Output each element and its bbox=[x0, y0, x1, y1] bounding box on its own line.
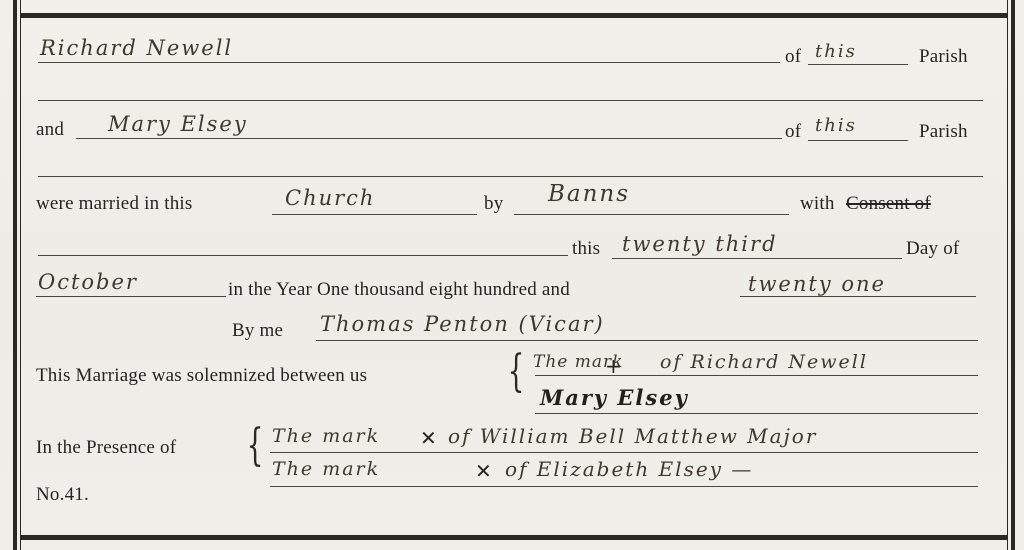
year-label: in the Year One thousand eight hundred a… bbox=[228, 279, 570, 301]
signature-2-rule bbox=[535, 413, 978, 414]
method-value: Banns bbox=[548, 182, 630, 206]
consent-label-struck: Consent of bbox=[846, 193, 931, 215]
officiant-rule bbox=[316, 340, 978, 341]
signature-1-rule bbox=[535, 375, 978, 376]
of-label-1: of bbox=[785, 46, 801, 68]
bride-parish: this bbox=[815, 114, 857, 138]
groom-parish: this bbox=[815, 40, 857, 64]
presence-brace: { bbox=[247, 424, 264, 468]
with-label: with bbox=[800, 193, 835, 215]
witness-1-mark: ✕ bbox=[420, 426, 437, 450]
solemnized-brace: { bbox=[508, 350, 525, 394]
bride-name: Mary Elsey bbox=[108, 112, 248, 136]
married-in-label: were married in this bbox=[36, 193, 192, 215]
signature-1-text: of Richard Newell bbox=[660, 350, 868, 374]
place-value: Church bbox=[285, 186, 375, 210]
this-label: this bbox=[572, 238, 600, 260]
entry-number: No.41. bbox=[36, 484, 89, 506]
witness-2-text: of Elizabeth Elsey — bbox=[505, 457, 753, 481]
divider-rule-1 bbox=[38, 100, 983, 101]
top-border-rule bbox=[20, 13, 1008, 18]
witness-1-text: of William Bell Matthew Major bbox=[448, 424, 817, 448]
signature-2-text: Mary Elsey bbox=[540, 386, 689, 410]
bride-parish-rule bbox=[808, 140, 908, 141]
officiant-value: Thomas Penton (Vicar) bbox=[320, 312, 605, 336]
day-rule bbox=[612, 258, 902, 259]
day-of-label: Day of bbox=[906, 238, 959, 260]
place-rule bbox=[272, 214, 477, 215]
groom-name: Richard Newell bbox=[40, 36, 233, 60]
right-border-thin bbox=[1007, 0, 1008, 550]
left-border-thick bbox=[13, 0, 17, 550]
parish-label-2: Parish bbox=[919, 121, 968, 143]
register-page: Richard Newell of this Parish and Mary E… bbox=[0, 0, 1024, 550]
month-rule bbox=[36, 296, 226, 297]
divider-rule-2 bbox=[38, 176, 983, 177]
solemnized-label: This Marriage was solemnized between us bbox=[36, 365, 367, 387]
witness-1-prefix: The mark bbox=[272, 424, 380, 448]
month-value: October bbox=[38, 270, 138, 294]
of-label-2: of bbox=[785, 121, 801, 143]
right-border-thick bbox=[1011, 0, 1015, 550]
consent-blank-rule bbox=[38, 255, 568, 256]
groom-parish-rule bbox=[808, 64, 908, 65]
and-label: and bbox=[36, 119, 64, 141]
method-rule bbox=[514, 214, 789, 215]
witness-1-rule bbox=[270, 452, 978, 453]
witness-2-mark: ✕ bbox=[475, 459, 492, 483]
year-suffix-rule bbox=[740, 296, 976, 297]
by-label: by bbox=[484, 193, 503, 215]
left-border-thin bbox=[20, 0, 21, 550]
year-suffix-value: twenty one bbox=[748, 272, 886, 296]
presence-label: In the Presence of bbox=[36, 437, 176, 459]
witness-2-prefix: The mark bbox=[272, 457, 380, 481]
groom-name-rule bbox=[38, 62, 780, 63]
witness-2-rule bbox=[270, 486, 978, 487]
parish-label-1: Parish bbox=[919, 46, 968, 68]
bottom-border-rule bbox=[20, 535, 1008, 540]
day-value: twenty third bbox=[622, 232, 778, 256]
by-me-label: By me bbox=[232, 320, 283, 342]
bride-name-rule bbox=[76, 138, 782, 139]
